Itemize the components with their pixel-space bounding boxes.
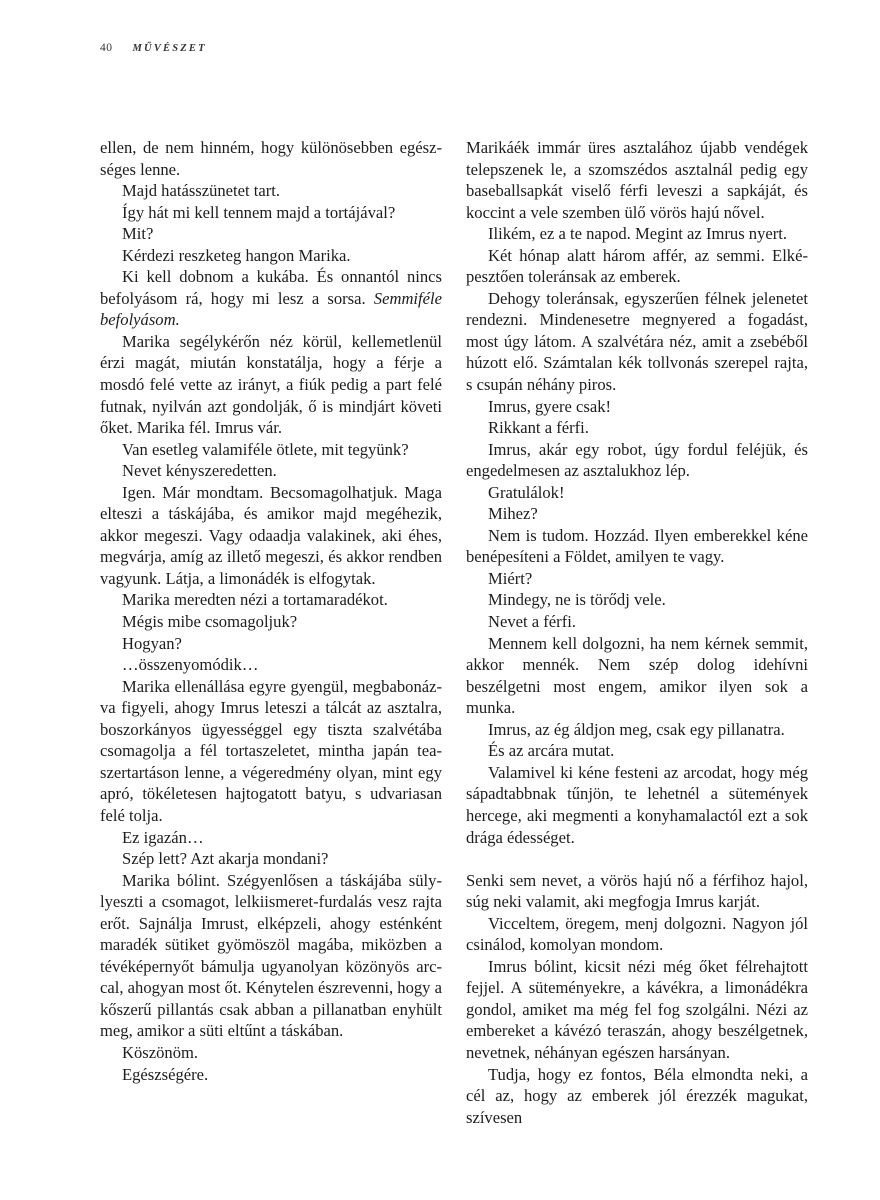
- text-column-left: ellen, de nem hinném, hogy különösebben …: [100, 137, 442, 1085]
- page-number: 40: [100, 42, 113, 54]
- paragraph: Ez igazán…: [100, 827, 442, 849]
- paragraph: Dehogy toleránsak, egyszerűen félnek jel…: [466, 288, 808, 396]
- paragraph: Marika bólint. Szégyenlősen a táskájába …: [100, 870, 442, 1042]
- paragraph: Egészségére.: [100, 1064, 442, 1086]
- paragraph: Gratulálok!: [466, 482, 808, 504]
- paragraph: Nem is tudom. Hozzád. Ilyen emberekkel k…: [466, 525, 808, 568]
- paragraph: Hogyan?: [100, 633, 442, 655]
- paragraph: Mégis mibe csomagoljuk?: [100, 611, 442, 633]
- paragraph: Marika ellenállása egyre gyengül, megbab…: [100, 676, 442, 827]
- paragraph: Van esetleg valamiféle ötlete, mit tegyü…: [100, 439, 442, 461]
- paragraph: ellen, de nem hinném, hogy különösebben …: [100, 137, 442, 180]
- text-column-right: Marikáék immár üres asztalához újabb ven…: [466, 137, 808, 1128]
- paragraph: Így hát mi kell tennem majd a tortájával…: [100, 202, 442, 224]
- paragraph: Imrus bólint, kicsit nézi még őket félre…: [466, 956, 808, 1064]
- paragraph: Valamivel ki kéne festeni az arcodat, ho…: [466, 762, 808, 848]
- section-title: MŰVÉSZET: [133, 43, 207, 54]
- paragraph: Majd hatásszünetet tart.: [100, 180, 442, 202]
- paragraph: Imrus, az ég áldjon meg, csak egy pillan…: [466, 719, 808, 741]
- paragraph: Vicceltem, öregem, menj dolgozni. Nagyon…: [466, 913, 808, 956]
- running-head: 40 MŰVÉSZET: [100, 42, 207, 54]
- paragraph: Imrus, gyere csak!: [466, 396, 808, 418]
- paragraph: És az arcára mutat.: [466, 740, 808, 762]
- paragraph-section-break: Senki sem nevet, a vörös hajú nő a férfi…: [466, 870, 808, 913]
- paragraph: Marika meredten nézi a tortamaradékot.: [100, 589, 442, 611]
- paragraph: Ki kell dobnom a kukába. És onnantól nin…: [100, 266, 442, 331]
- paragraph: Igen. Már mondtam. Becsomagolhatjuk. Mag…: [100, 482, 442, 590]
- paragraph: Mihez?: [466, 503, 808, 525]
- paragraph: Nevet kényszeredetten.: [100, 460, 442, 482]
- paragraph: Mennem kell dolgozni, ha nem kérnek semm…: [466, 633, 808, 719]
- paragraph: Kérdezi reszketeg hangon Marika.: [100, 245, 442, 267]
- paragraph: Tudja, hogy ez fontos, Béla elmondta nek…: [466, 1064, 808, 1129]
- paragraph: Imrus, akár egy robot, úgy fordul feléjü…: [466, 439, 808, 482]
- paragraph: Két hónap alatt három affér, az semmi. E…: [466, 245, 808, 288]
- paragraph: Nevet a férfi.: [466, 611, 808, 633]
- paragraph: Marika segélykérőn néz körül, kellemetle…: [100, 331, 442, 439]
- paragraph: Rikkant a férfi.: [466, 417, 808, 439]
- paragraph: Ilikém, ez a te napod. Megint az Imrus n…: [466, 223, 808, 245]
- paragraph: Mindegy, ne is törődj vele.: [466, 589, 808, 611]
- paragraph: Miért?: [466, 568, 808, 590]
- paragraph: Marikáék immár üres asztalához újabb ven…: [466, 137, 808, 223]
- paragraph: …összenyomódik…: [100, 654, 442, 676]
- paragraph: Mit?: [100, 223, 442, 245]
- paragraph: Köszönöm.: [100, 1042, 442, 1064]
- paragraph: Szép lett? Azt akarja mondani?: [100, 848, 442, 870]
